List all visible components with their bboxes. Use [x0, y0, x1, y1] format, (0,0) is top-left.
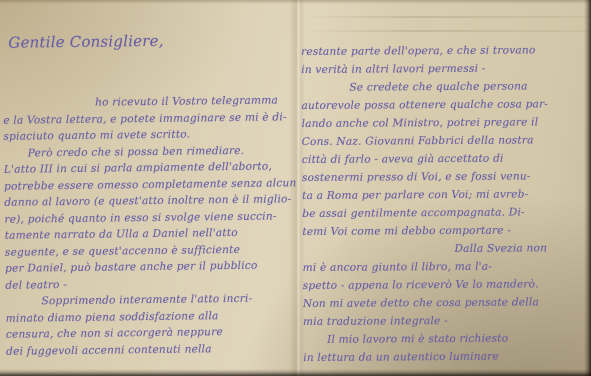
handwritten-line: Il mio lavoro mi è stato richiesto: [303, 329, 589, 349]
handwritten-line: Cons. Naz. Giovanni Fabbrici della nostr…: [302, 131, 588, 151]
handwritten-line: spetto - appena lo riceverò Ve lo mander…: [303, 275, 589, 295]
handwritten-line: città di farlo - aveva già accettato di: [302, 149, 588, 169]
handwritten-line: re), poiché quanto in esso si svolge vie…: [4, 208, 292, 228]
handwritten-line: in lettura da un autentico luminare: [303, 347, 589, 367]
letter-page-left: Gentile Consigliere, ho ricevuto il Vost…: [2, 0, 294, 360]
handwritten-line: temi Voi come mi debbo comportare -: [302, 221, 588, 241]
photo-edge-shadow-bottom: [0, 369, 591, 376]
handwritten-line: sostenermi presso di Voi, e se fossi ven…: [302, 167, 588, 187]
handwritten-line: mi è ancora giunto il libro, ma l'a-: [303, 257, 589, 277]
letter-page-right: restante parte dell'opera, e che si trov…: [301, 0, 590, 367]
handwritten-line: be assai gentilmente accompagnata. Di-: [302, 203, 588, 223]
handwritten-line: e la Vostra lettera, e potete immaginare…: [3, 109, 291, 129]
handwritten-line: restante parte dell'opera, e che si trov…: [301, 41, 587, 61]
handwritten-line: Se credete che qualche persona: [301, 77, 587, 97]
handwritten-letter-photo: Gentile Consigliere, ho ricevuto il Vost…: [0, 0, 591, 376]
handwritten-line: Sopprimendo interamente l'atto incri-: [5, 290, 293, 310]
letter-salutation: Gentile Consigliere,: [2, 30, 290, 56]
handwritten-line: lando anche col Ministro, potrei pregare…: [302, 113, 588, 133]
photo-edge-shadow-right: [584, 0, 591, 376]
handwritten-line: Dalla Svezia non: [302, 239, 588, 259]
handwritten-line: dei fuggevoli accenni contenuti nella: [6, 340, 294, 360]
handwritten-line: mia traduzione integrale -: [303, 311, 589, 331]
handwritten-line: in verità in altri lavori permessi -: [301, 59, 587, 79]
handwritten-line: autorevole possa ottenere qualche cosa p…: [301, 95, 587, 115]
handwritten-line: ta a Roma per parlare con Voi; mi avreb-: [302, 185, 588, 205]
handwritten-line: Non mi avete detto che cosa pensate dell…: [303, 293, 589, 313]
photo-edge-shadow-top: [0, 0, 591, 4]
handwritten-line: per Daniel, può bastare anche per il pub…: [5, 257, 293, 277]
